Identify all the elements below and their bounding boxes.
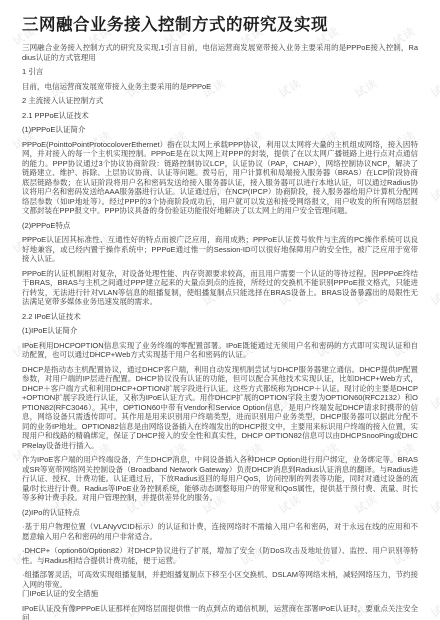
doc-heading-4: 2.1 PPPoE认证技术	[22, 111, 418, 121]
doc-paragraph-20: IPoE认证没有像PPPoE认证那样在网络层面提供惟一的点到点的通信机制，运营商…	[22, 604, 418, 620]
doc-heading-1: 1 引言	[22, 67, 418, 77]
doc-paragraph-9: PPPoE的认证机制相对复杂，对设备处理性能、内存资源要求较高，而且用户需要一个…	[22, 269, 418, 307]
doc-heading-15: (2)IPo的认证特点	[22, 508, 418, 518]
doc-paragraph-17: ·DHCP+（option60/Option82）对DHCP协议进行了扩展，增加…	[22, 546, 418, 565]
doc-paragraph-6: PPPoE(PointtoPointProtocoloverEthernet）指…	[22, 140, 418, 216]
doc-heading-3: 2 主流接入认证控制方式	[22, 96, 418, 106]
document-page: 试读试读试读试读试读试读试读试读试读试读试读试读试读试读试读试读试读试读试读试读…	[0, 0, 440, 620]
doc-paragraph-0: 三网融合业务接入控制方式的研究及实现,1引言目前，电信运营商发展宽带接入业务主要…	[22, 43, 418, 62]
doc-paragraph-2: 目前，电信运营商发展宽带接入业务主要采用的是PPPoE	[22, 82, 418, 92]
doc-paragraph-13: DHCP是指动态主机配置协议，通过DHCP客户端，利用自动发现机制尝试与DHCP…	[22, 365, 418, 451]
doc-paragraph-8: PPPoE认证因其标准性、互通性好的特点而被广泛应用，商用成熟；PPPoE认证拨…	[22, 235, 418, 264]
doc-heading-7: (2)PPPoE特点	[22, 221, 418, 231]
document-content: 三网融合业务接入控制方式的研究及实现 三网融合业务接入控制方式的研究及实现,1引…	[0, 0, 440, 620]
doc-paragraph-16: ·基于用户物理位置（VLANyVCID标示）的认证和计费，连接网络时不需输入用户…	[22, 522, 418, 541]
doc-paragraph-14: 作为IPoE客户端的用户终端设备，产生DHCP消息，中间设备插入各种DHCP O…	[22, 455, 418, 503]
document-body: 三网融合业务接入控制方式的研究及实现,1引言目前，电信运营商发展宽带接入业务主要…	[22, 43, 418, 620]
doc-paragraph-18: ·组播部署灵活，可高效实现组播复制，并把组播复制点下移至小区交换机、DSLAM等…	[22, 570, 418, 589]
doc-paragraph-12: IPoE利用DHCPOPTION信息实现了业务终端的零配置部署。IPoE既能通过…	[22, 341, 418, 360]
doc-heading-10: 2.2 IPoE认证技术	[22, 312, 418, 322]
doc-paragraph-19: 门IPoE认证的安全措施	[22, 589, 418, 599]
document-title: 三网融合业务接入控制方式的研究及实现	[22, 15, 418, 35]
doc-heading-5: (1)PPPoE认证简介	[22, 125, 418, 135]
doc-heading-11: (1)IPoE认证简介	[22, 326, 418, 336]
